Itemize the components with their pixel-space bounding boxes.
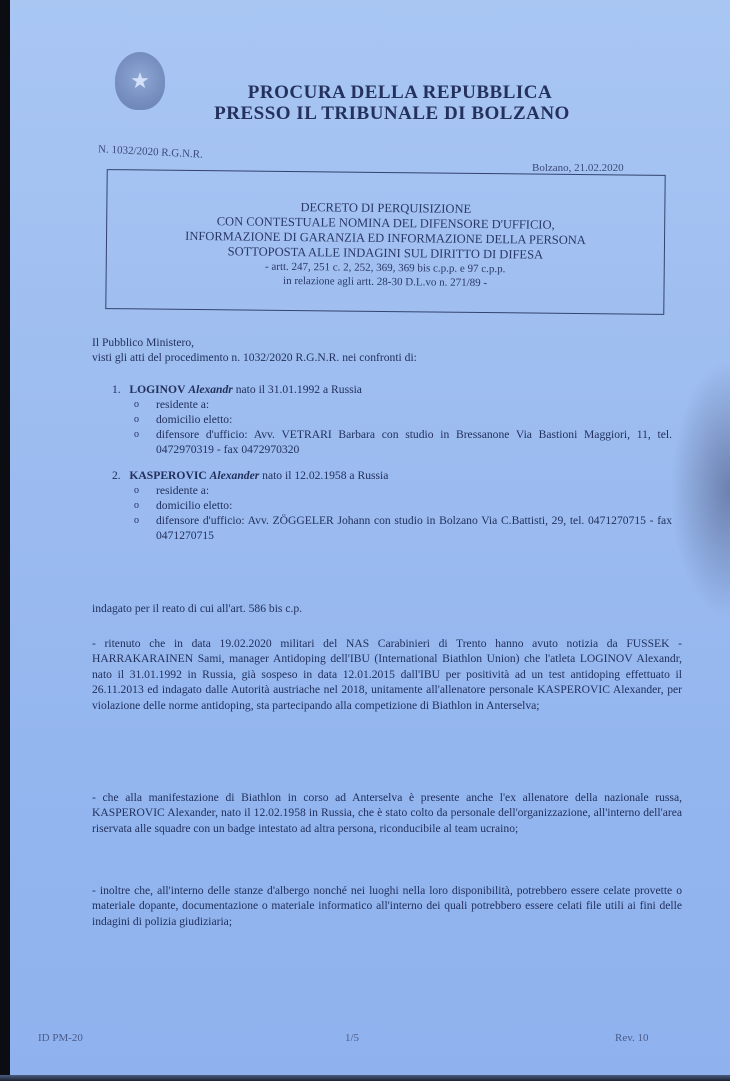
paragraph-manifestazione: - che alla manifestazione di Biathlon in… (92, 790, 682, 836)
suspect-residence: residente a: (112, 397, 672, 412)
charge-line: indagato per il reato di cui all'art. 58… (92, 602, 682, 615)
intro-line-1: Il Pubblico Ministero, (92, 335, 682, 350)
form-code: ID PM-20 (38, 1032, 83, 1044)
suspect-first-name: Alexander (210, 469, 260, 482)
place-date: Bolzano, 21.02.2020 (532, 162, 624, 174)
suspect-defender: difensore d'ufficio: Avv. VETRARI Barbar… (112, 427, 672, 457)
suspect-birth: nato il 31.01.1992 a Russia (236, 383, 362, 396)
office-title-line1: PROCURA DELLA REPUBBLICA (40, 82, 730, 104)
suspect-birth: nato il 12.02.1958 a Russia (262, 469, 388, 482)
suspect-first-name: Alexandr (188, 383, 232, 396)
suspect-surname: KASPEROVIC (129, 469, 206, 482)
suspect-1-heading: 1. LOGINOV Alexandr nato il 31.01.1992 a… (112, 382, 672, 397)
suspect-number: 1. (112, 383, 121, 396)
suspect-1: 1. LOGINOV Alexandr nato il 31.01.1992 a… (112, 382, 672, 457)
reference-number: N. 1032/2020 R.G.N.R. (98, 143, 203, 160)
intro: Il Pubblico Ministero, visti gli atti de… (92, 335, 682, 365)
office-title-line2: PRESSO IL TRIBUNALE DI BOLZANO (32, 103, 730, 125)
photo-bottom-border (0, 1075, 730, 1081)
suspect-domicile: domicilio eletto: (112, 412, 672, 427)
paragraph-ritenuto: - ritenuto che in data 19.02.2020 milita… (92, 636, 682, 713)
paragraph-inoltre: - inoltre che, all'interno delle stanze … (92, 883, 682, 929)
intro-line-2: visti gli atti del procedimento n. 1032/… (92, 350, 682, 365)
suspect-domicile: domicilio eletto: (112, 498, 672, 513)
page-number: 1/5 (345, 1032, 359, 1044)
decree-title-box: DECRETO DI PERQUISIZIONE CON CONTESTUALE… (105, 169, 665, 315)
suspect-2-heading: 2. KASPEROVIC Alexander nato il 12.02.19… (112, 468, 672, 483)
page-shadow (670, 360, 730, 620)
suspect-defender: difensore d'ufficio: Avv. ZÖGGELER Johan… (112, 513, 672, 543)
suspect-surname: LOGINOV (129, 383, 185, 396)
revision: Rev. 10 (615, 1032, 649, 1044)
suspect-residence: residente a: (112, 483, 672, 498)
document-page: ★ PROCURA DELLA REPUBBLICA PRESSO IL TRI… (10, 0, 730, 1075)
suspect-2: 2. KASPEROVIC Alexander nato il 12.02.19… (112, 468, 672, 543)
suspect-number: 2. (112, 469, 121, 482)
photo-left-border (0, 0, 10, 1081)
